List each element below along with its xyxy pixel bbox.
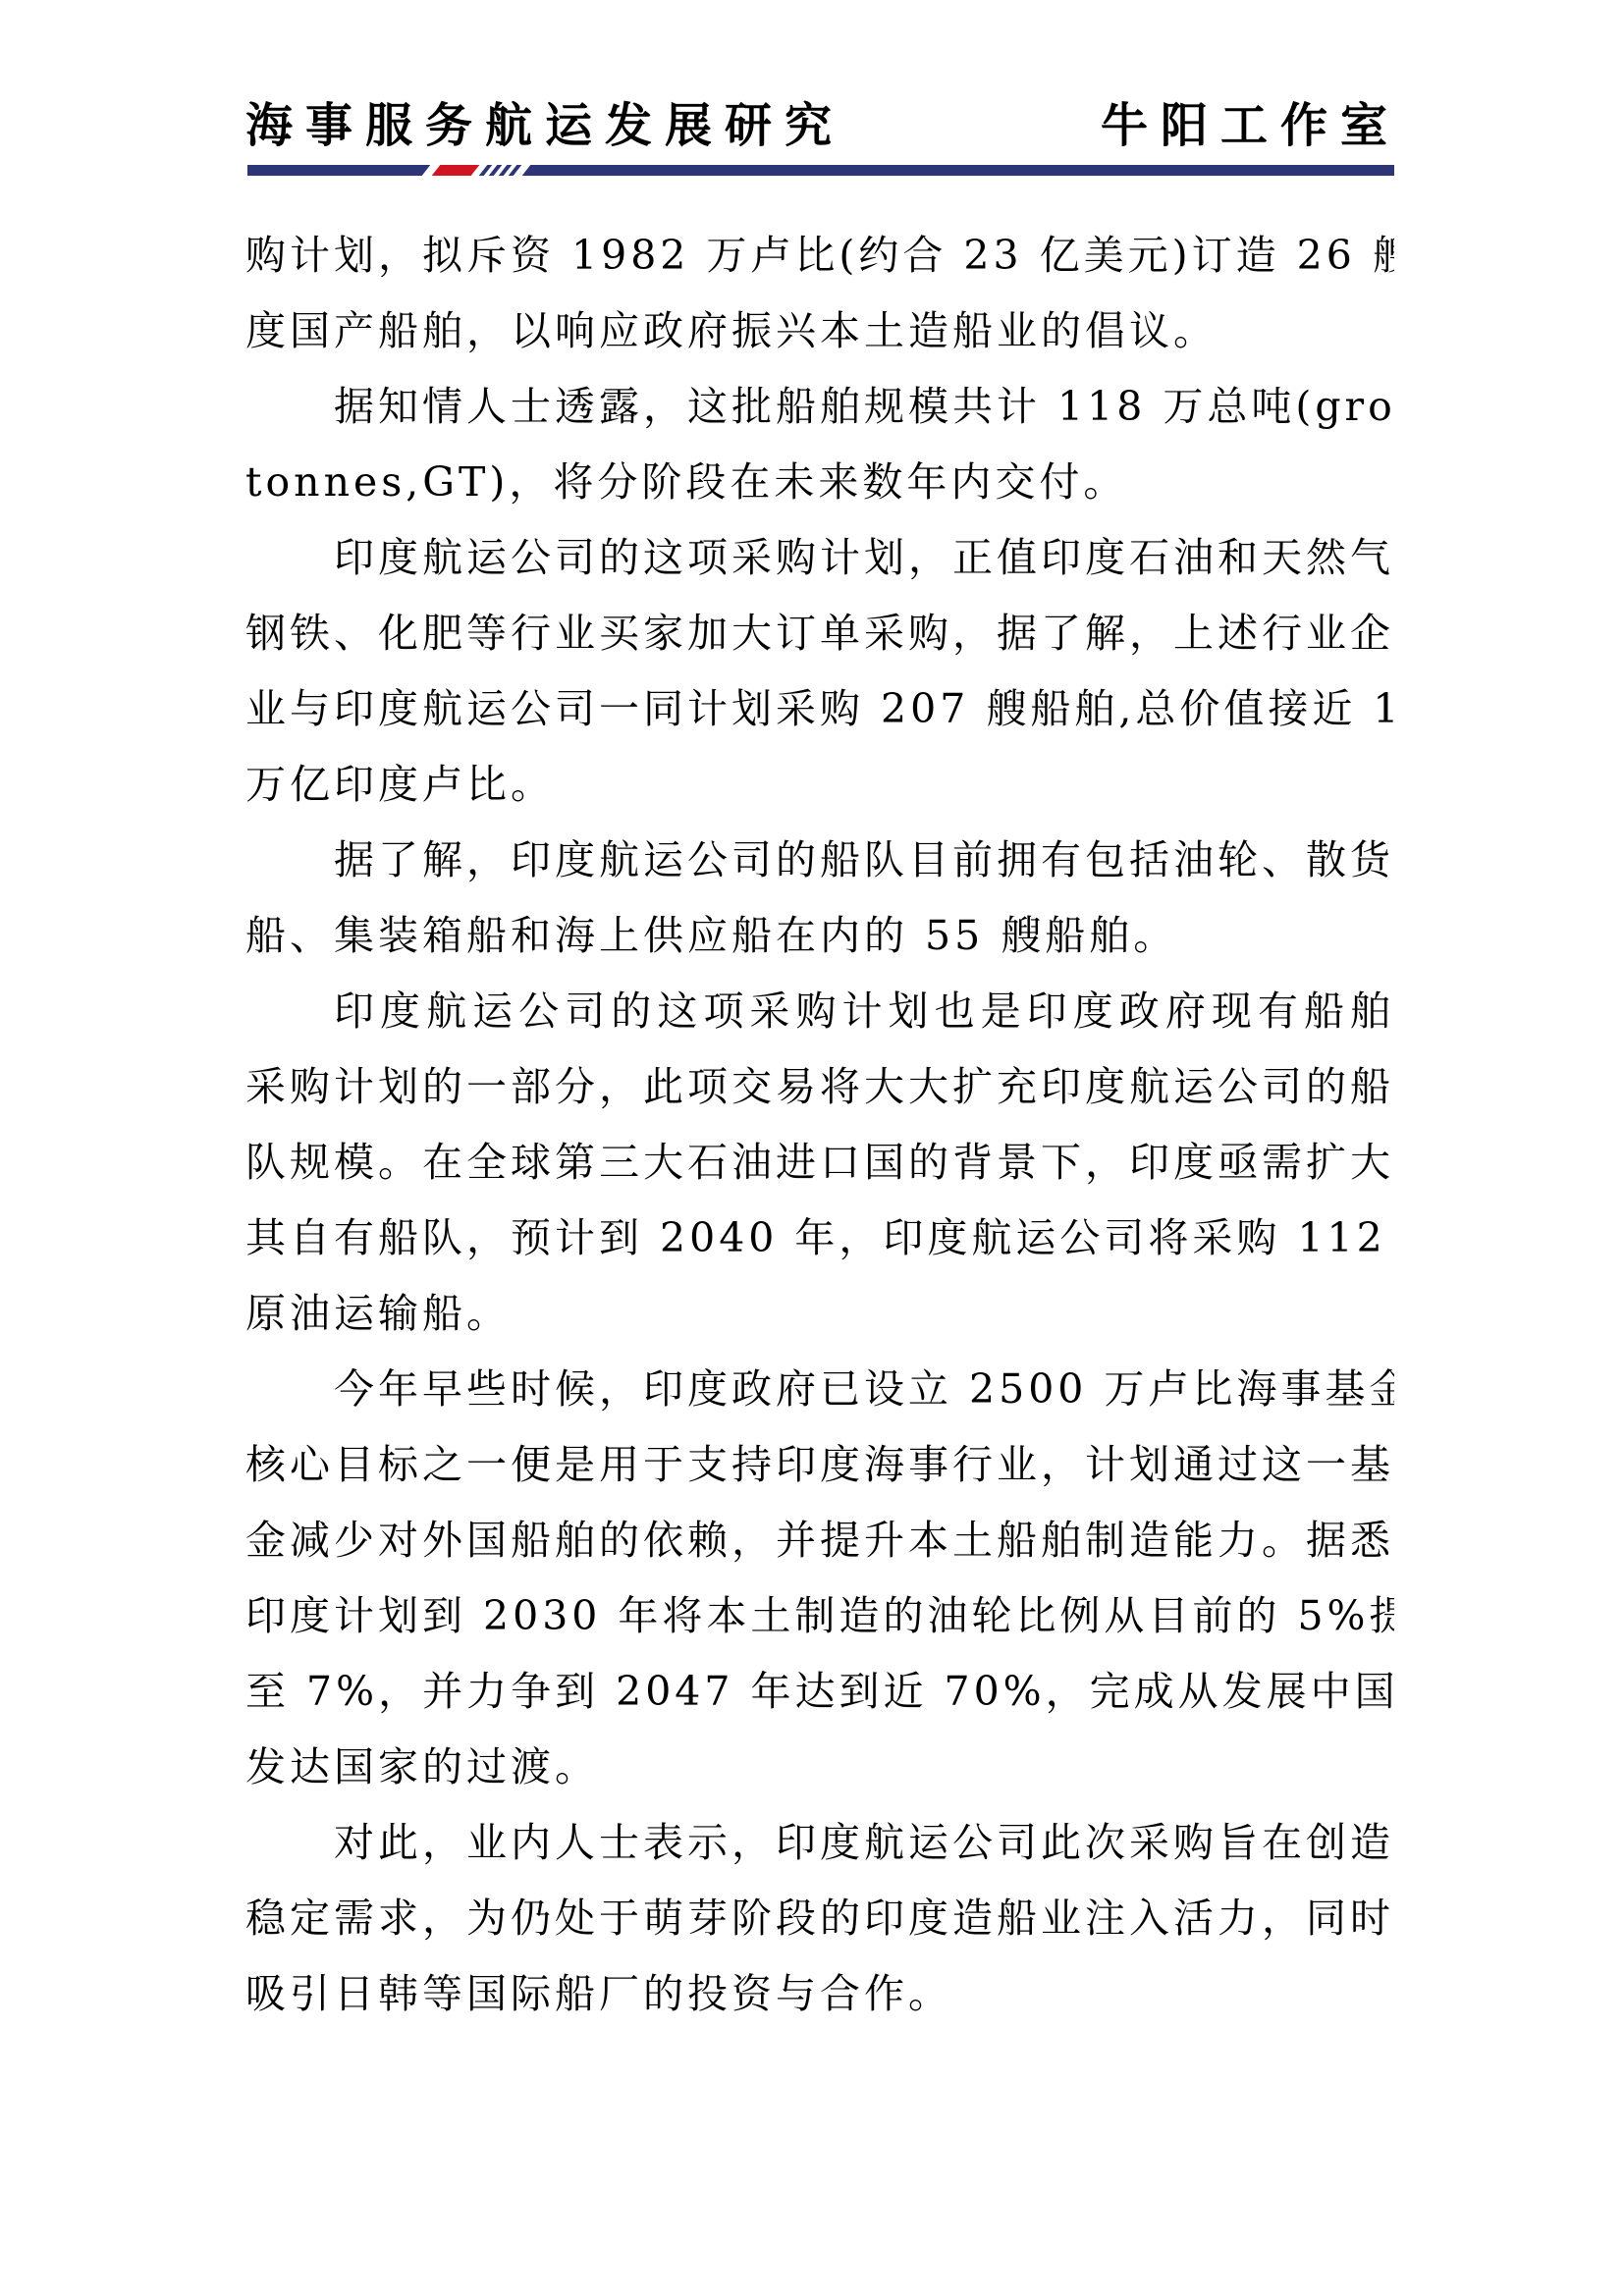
header-rule-decoration (422, 165, 531, 176)
text-line: 采购计划的一部分，此项交易将大大扩充印度航运公司的船 (245, 1049, 1394, 1125)
text-line: 至 7%，并力争到 2047 年达到近 70%，完成从发展中国家到 (245, 1654, 1394, 1730)
text-line: 核心目标之一便是用于支持印度海事行业，计划通过这一基 (245, 1427, 1394, 1503)
text-line: 印度计划到 2030 年将本土制造的油轮比例从目前的 5%提升 (245, 1578, 1394, 1654)
text-line: tonnes,GT)，将分阶段在未来数年内交付。 (245, 445, 1394, 520)
text-line: 原油运输船。 (245, 1276, 1394, 1352)
document-header: 海事服务航运发展研究 牛阳工作室 (245, 90, 1400, 151)
text-line: 据知情人士透露，这批船舶规模共计 118 万总吨(gross (245, 369, 1394, 445)
text-line: 吸引日韩等国际船厂的投资与合作。 (245, 1956, 1394, 2032)
text-line: 今年早些时候，印度政府已设立 2500 万卢比海事基金， (245, 1352, 1394, 1427)
text-line: 业与印度航运公司一同计划采购 207 艘船舶,总价值接近 1.5 (245, 671, 1394, 747)
deco-red-parallelogram (432, 165, 480, 176)
text-line: 万亿印度卢比。 (245, 747, 1394, 823)
text-line: 度国产船舶，以响应政府振兴本土造船业的倡议。 (245, 294, 1394, 369)
text-line: 船、集装箱船和海上供应船在内的 55 艘船舶。 (245, 898, 1394, 974)
text-line: 钢铁、化肥等行业买家加大订单采购，据了解，上述行业企 (245, 596, 1394, 671)
text-line: 队规模。在全球第三大石油进口国的背景下，印度亟需扩大 (245, 1125, 1394, 1201)
header-left-title: 海事服务航运发展研究 (245, 87, 844, 155)
text-line: 印度航运公司的这项采购计划也是印度政府现有船舶 (245, 974, 1394, 1049)
text-line: 购计划，拟斥资 1982 万卢比(约合 23 亿美元)订造 26 艘印 (245, 218, 1394, 294)
text-line: 其自有船队，预计到 2040 年，印度航运公司将采购 112 艘 (245, 1201, 1394, 1276)
header-rule (247, 165, 1394, 176)
text-line: 印度航运公司的这项采购计划，正值印度石油和天然气、 (245, 520, 1394, 596)
text-line: 据了解，印度航运公司的船队目前拥有包括油轮、散货 (245, 823, 1394, 898)
document-page: 海事服务航运发展研究 牛阳工作室 购计划，拟斥资 1982 万卢比(约合 23 … (0, 0, 1624, 2296)
text-line: 对此，业内人士表示，印度航运公司此次采购旨在创造 (245, 1805, 1394, 1881)
text-line: 发达国家的过渡。 (245, 1730, 1394, 1805)
text-line: 金减少对外国船舶的依赖，并提升本土船舶制造能力。据悉， (245, 1503, 1394, 1578)
header-right-title: 牛阳工作室 (1101, 87, 1400, 155)
text-line: 稳定需求，为仍处于萌芽阶段的印度造船业注入活力，同时 (245, 1881, 1394, 1956)
body-text: 购计划，拟斥资 1982 万卢比(约合 23 亿美元)订造 26 艘印度国产船舶… (245, 218, 1394, 2032)
